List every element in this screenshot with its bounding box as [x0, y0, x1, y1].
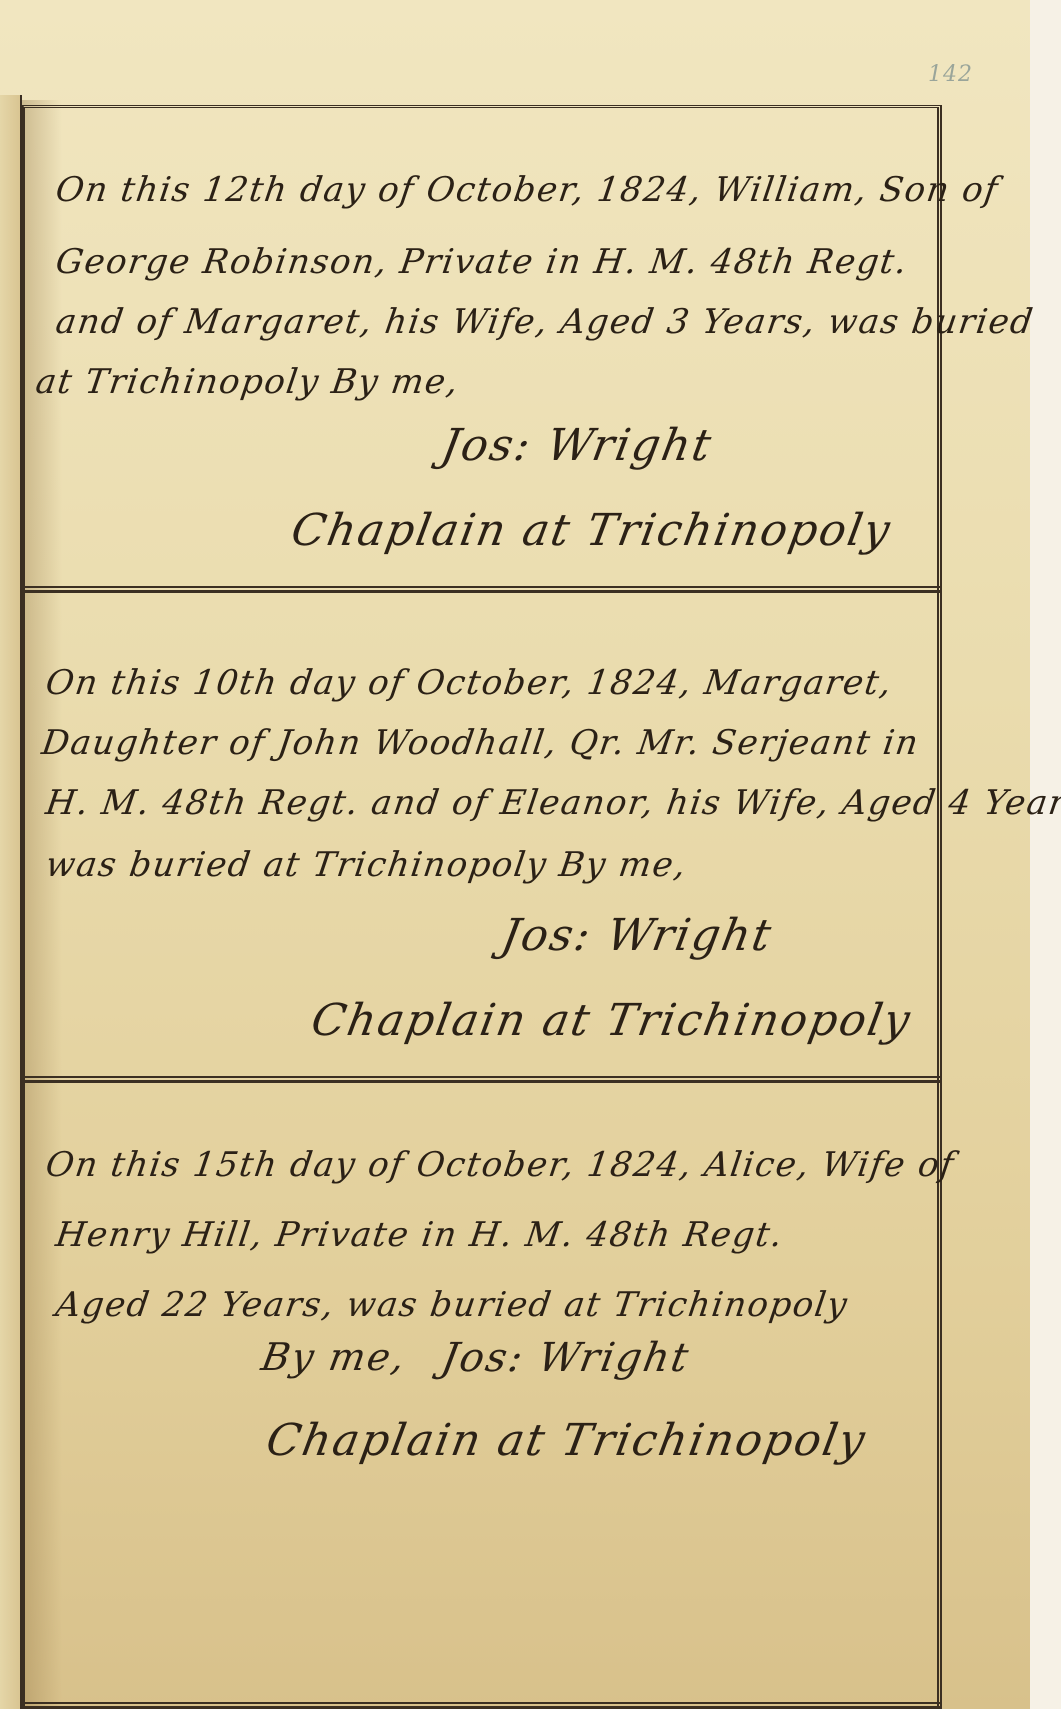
- entry-divider: [22, 586, 940, 593]
- entry-line: On this 12th day of October, 1824, Willi…: [53, 170, 1001, 210]
- entry-divider: [22, 1702, 940, 1709]
- chaplain-signature: Jos: Wright: [438, 1335, 694, 1381]
- entry-line: H. M. 48th Regt. and of Eleanor, his Wif…: [43, 783, 1061, 823]
- entry-line: George Robinson, Private in H. M. 48th R…: [53, 242, 910, 282]
- folio-number: 142: [928, 62, 973, 87]
- entry-line: Daughter of John Woodhall, Qr. Mr. Serje…: [39, 723, 922, 763]
- burial-entry-1: On this 12th day of October, 1824, Willi…: [22, 110, 937, 588]
- chaplain-title: Chaplain at Trichinopoly: [288, 505, 896, 556]
- by-me-text: By me,: [258, 1335, 410, 1379]
- burial-entry-3: On this 15th day of October, 1824, Alice…: [22, 1085, 937, 1685]
- entry-line: On this 10th day of October, 1824, Marga…: [43, 663, 895, 703]
- entry-line: Henry Hill, Private in H. M. 48th Regt.: [53, 1215, 786, 1255]
- page-edge-background: [1030, 0, 1061, 1709]
- chaplain-title: Chaplain at Trichinopoly: [308, 995, 916, 1046]
- entry-line: was buried at Trichinopoly By me,: [43, 845, 689, 885]
- entry-line: Aged 22 Years, was buried at Trichinopol…: [53, 1285, 851, 1325]
- entry-line: and of Margaret, his Wife, Aged 3 Years,…: [53, 302, 1036, 342]
- chaplain-title: Chaplain at Trichinopoly: [263, 1415, 871, 1466]
- facing-page-edge: [0, 95, 22, 1709]
- chaplain-signature: Jos: Wright: [438, 420, 717, 471]
- chaplain-signature: Jos: Wright: [498, 910, 777, 961]
- entry-divider: [22, 1076, 940, 1083]
- burial-entry-2: On this 10th day of October, 1824, Marga…: [22, 595, 937, 1080]
- entry-line: On this 15th day of October, 1824, Alice…: [43, 1145, 957, 1185]
- entry-line: at Trichinopoly By me,: [33, 362, 462, 402]
